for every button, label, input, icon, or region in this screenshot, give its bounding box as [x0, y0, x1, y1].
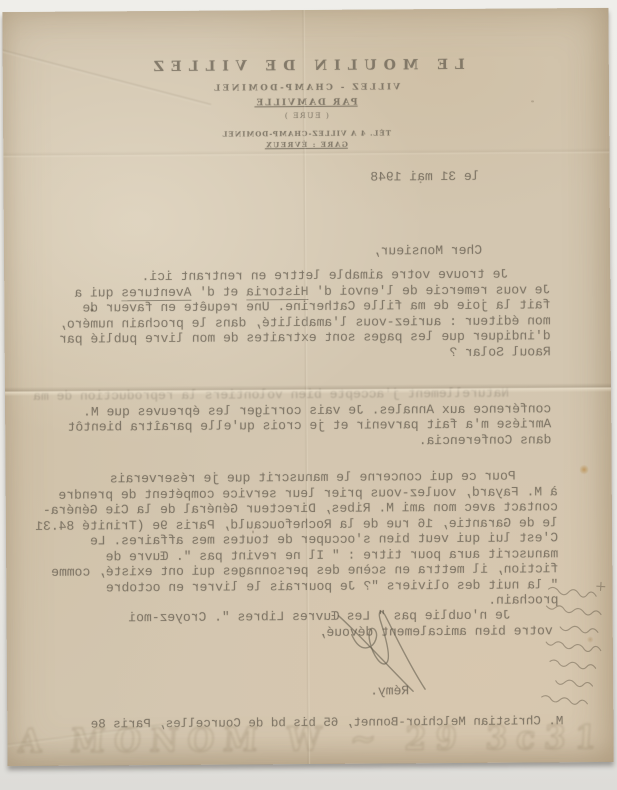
letter-paragraph-1: Je trouve votre aimable lettre en rentra… — [59, 266, 551, 362]
footer-address: M. Christian Melchior-Bonnet, 65 bis bd … — [91, 714, 564, 733]
signature-name: Rémy. — [370, 683, 409, 699]
mirrored-bleedthrough-layer: LE MOULIN DE VILLEZ VILLEZ - CHAMP-DOMIN… — [2, 8, 613, 766]
letter-salutation: Cher Monsieur, — [373, 243, 482, 259]
letterhead-departement: ( EURE ) — [3, 109, 609, 122]
letterhead-par-damville: PAR DAMVILLE — [3, 96, 609, 110]
letter-paragraph-3: Pour ce qui concerne le manuscrit que je… — [35, 468, 559, 611]
letter-paragraph-2: Naturellement j'accepte bien volontiers … — [33, 385, 551, 451]
letter-date: le 31 mai 1948 — [370, 169, 479, 185]
letterhead-gare: GARE : ÉVREUX — [3, 138, 609, 151]
handwritten-signature — [327, 607, 432, 694]
handwritten-marginalia — [517, 576, 612, 721]
letterhead-locality: VILLEZ - CHAMP-DOMINEL — [3, 81, 609, 95]
scanned-letter-sheet: LE MOULIN DE VILLEZ VILLEZ - CHAMP-DOMIN… — [2, 8, 613, 766]
letterhead-title: LE MOULIN DE VILLEZ — [3, 56, 609, 76]
letterhead: LE MOULIN DE VILLEZ VILLEZ - CHAMP-DOMIN… — [3, 56, 610, 151]
